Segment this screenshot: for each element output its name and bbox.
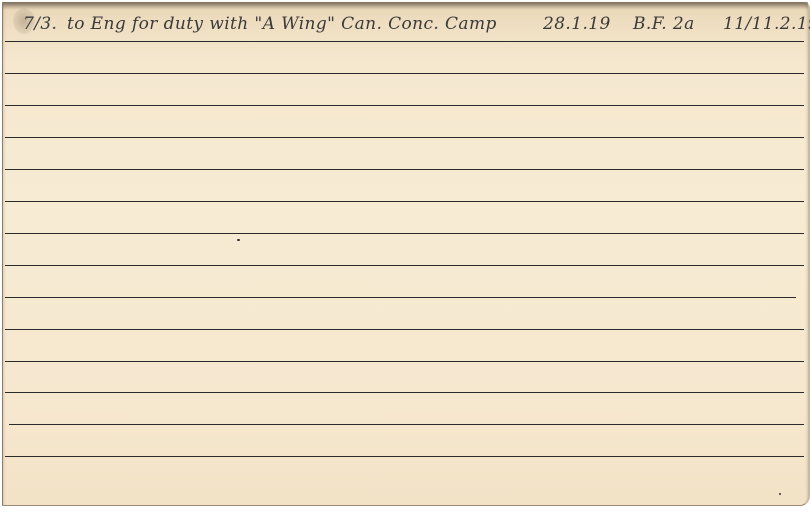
ruled-line bbox=[5, 265, 804, 266]
ruled-line bbox=[9, 424, 804, 425]
entry-dated: 11/11.2.19 bbox=[723, 14, 810, 34]
ruled-line bbox=[5, 233, 804, 234]
ruled-line bbox=[5, 361, 804, 362]
ruled-line bbox=[5, 456, 804, 457]
ruled-line bbox=[5, 392, 804, 393]
ruled-line bbox=[5, 41, 804, 42]
entry-text: to Eng for duty with "A Wing" Can. Conc.… bbox=[67, 14, 497, 34]
entry-reference: B.F. 2a bbox=[633, 14, 695, 34]
ruled-line bbox=[5, 297, 796, 298]
ruled-line bbox=[5, 169, 804, 170]
entry-date-ref: 7/3. bbox=[23, 14, 57, 34]
ruled-line bbox=[5, 137, 804, 138]
handwritten-entry: 7/3. to Eng for duty with "A Wing" Can. … bbox=[23, 14, 803, 42]
ruled-line bbox=[5, 73, 804, 74]
record-card: 7/3. to Eng for duty with "A Wing" Can. … bbox=[2, 2, 810, 506]
ink-speck bbox=[237, 239, 240, 241]
ruled-line bbox=[5, 105, 804, 106]
card-top-edge-shadow bbox=[3, 2, 808, 10]
ink-speck bbox=[779, 493, 781, 495]
entry-date: 28.1.19 bbox=[543, 14, 611, 34]
ruled-line bbox=[5, 329, 804, 330]
ruled-line bbox=[5, 201, 804, 202]
